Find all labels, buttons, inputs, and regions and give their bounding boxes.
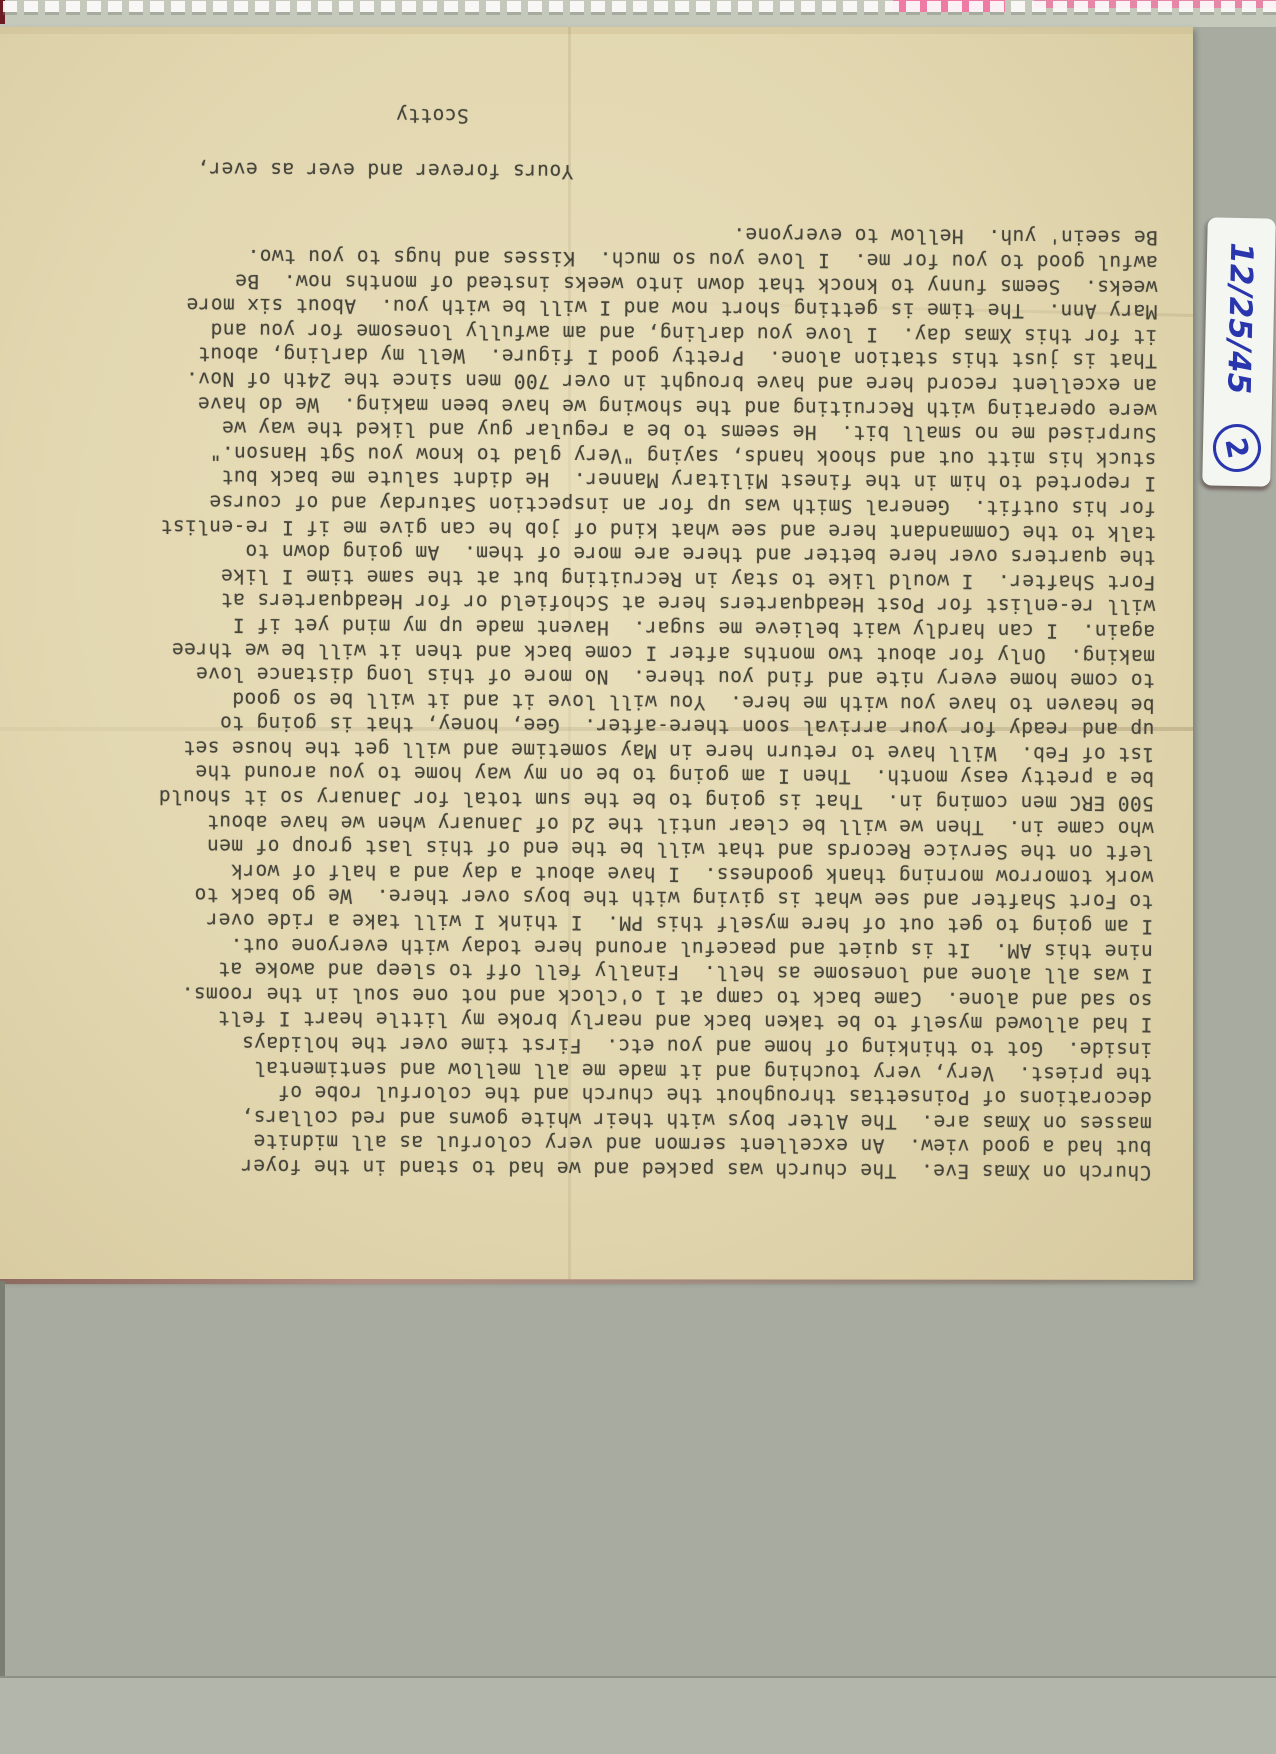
film-strip — [0, 0, 1276, 27]
archival-label: 12/25/45 2 — [1202, 217, 1276, 486]
label-page-number: 2 — [1218, 435, 1255, 461]
letter-paper: Church on Xmas Eve. The church was packe… — [0, 27, 1193, 1280]
sprocket-holes-shadow — [0, 12, 1276, 15]
scan-background: { "colors": { "bg_main": "#a7aba0", "bg_… — [0, 0, 1276, 1754]
letter-closing: Yours forever and ever as ever, — [48, 154, 573, 182]
album-page-bottom-edge — [0, 1676, 1276, 1754]
sprocket-holes — [0, 1, 1276, 12]
paper-bottom-edge-shadow — [0, 1279, 1193, 1284]
letter-body-lines: Church on Xmas Eve. The church was packe… — [41, 217, 1158, 1184]
letter-signature: Scotty — [49, 100, 469, 128]
label-date-handwritten: 12/25/45 — [1220, 238, 1259, 397]
letter-text-flipped: Church on Xmas Eve. The church was packe… — [41, 100, 1158, 1184]
page-number-circle: 2 — [1209, 420, 1265, 476]
